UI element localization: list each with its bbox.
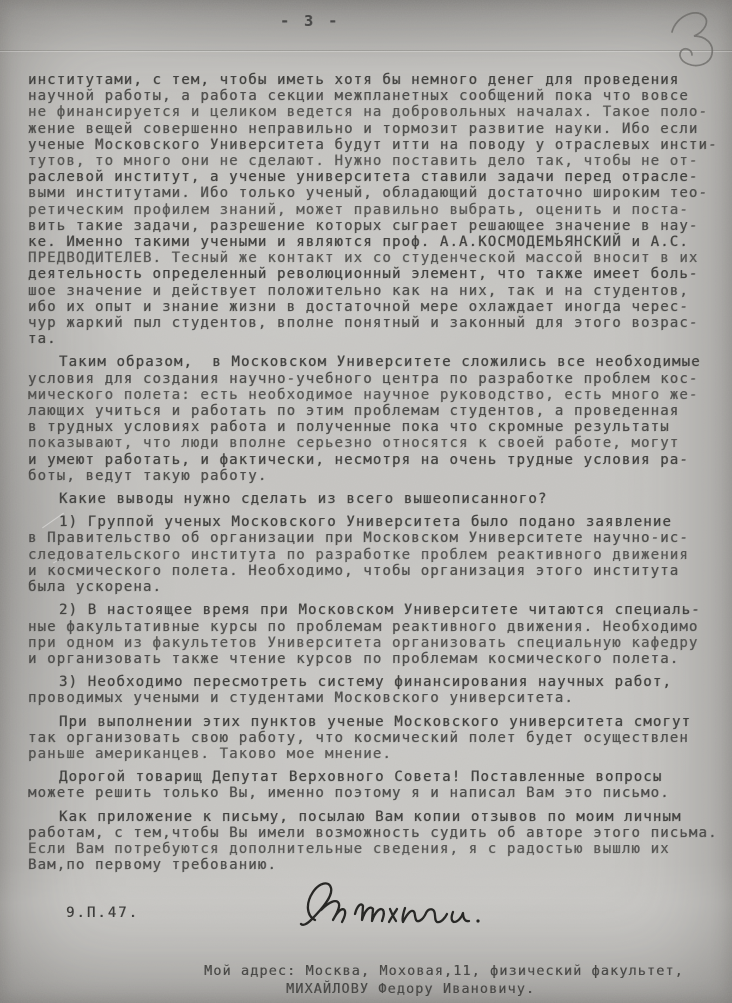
text-line: боты, ведут такую работу. [28, 468, 726, 484]
text-line: чур жаркий пыл студентов, вполне понятны… [28, 315, 726, 331]
text-line: Если Вам потребуются дополнительные свед… [28, 841, 726, 857]
text-line: научной работы, а работа секции межплане… [28, 88, 726, 104]
text-line: вить такие задачи, разрешение которых сы… [28, 218, 726, 234]
document-body: институтами, с тем, чтобы иметь хотя бы … [28, 72, 726, 880]
handwritten-page-mark [662, 6, 718, 78]
text-line: раньше американцев. Таково мое мнение. [28, 746, 726, 762]
text-line: раслевой институт, а ученые университета… [28, 169, 726, 185]
text-line: выми институтами. Ибо только ученый, обл… [28, 185, 726, 201]
text-line: ке. Именно такими учеными и являются про… [28, 234, 726, 250]
handwritten-signature [293, 876, 483, 934]
text-line: и умеют работать, и фактически, несмотря… [28, 452, 726, 468]
text-line: 1) Группой ученых Московского Университе… [28, 514, 726, 530]
text-line: ибо их опыт и знание жизни в достаточной… [28, 299, 726, 315]
text-line: шое значение и действует положительно ка… [28, 283, 726, 299]
paragraph: институтами, с тем, чтобы иметь хотя бы … [28, 72, 726, 347]
text-line: институтами, с тем, чтобы иметь хотя бы … [28, 72, 726, 88]
text-line: проводимых учеными и студентами Московск… [28, 690, 726, 706]
text-line: лающих учиться и работать по этим пробле… [28, 403, 726, 419]
text-line: была ускорена. [28, 579, 726, 595]
text-line: 2) В настоящее время при Московском Унив… [28, 602, 726, 618]
text-line: Какие выводы нужно сделать из всего выше… [28, 491, 726, 507]
scanned-letter-page: - 3 - институтами, с тем, чтобы иметь хо… [0, 0, 732, 1003]
fold-line-highlight [0, 51, 732, 52]
paragraph: 2) В настоящее время при Московском Унив… [28, 602, 726, 667]
page-number: - 3 - [280, 12, 340, 30]
paragraph: 3) Необходимо пересмотреть систему финан… [28, 674, 726, 706]
text-line: в трудных условиях работа и полученные п… [28, 419, 726, 435]
text-line: показывают, что люди вполне серьезно отн… [28, 435, 726, 451]
text-line: ретическим профилем знаний, может правил… [28, 202, 726, 218]
text-line: условия для создания научно-учебного цен… [28, 371, 726, 387]
text-line: Как приложение к письму, посылаю Вам коп… [28, 809, 726, 825]
text-line: Таким образом, в Московском Университете… [28, 354, 726, 370]
paragraph: Как приложение к письму, посылаю Вам коп… [28, 809, 726, 874]
paragraph: 1) Группой ученых Московского Университе… [28, 514, 726, 595]
text-line: при одном из факультетов Университета ор… [28, 635, 726, 651]
text-line: мического полета: есть необходимое научн… [28, 387, 726, 403]
text-line: следовательского института по разработке… [28, 547, 726, 563]
paragraph: Дорогой товарищ Депутат Верховного Совет… [28, 769, 726, 801]
text-line: так организовать свою работу, что космич… [28, 730, 726, 746]
text-line: жение вещей совершенно неправильно и тор… [28, 121, 726, 137]
paragraph: При выполнении этих пунктов ученые Моско… [28, 714, 726, 763]
text-line: Дорогой товарищ Депутат Верховного Совет… [28, 769, 726, 785]
text-line: работам, с тем,чтобы Вы имели возможност… [28, 825, 726, 841]
text-line: ные факультативные курсы по проблемам ре… [28, 619, 726, 635]
text-line: деятельность определенный революционный … [28, 266, 726, 282]
address-line: МИХАЙЛОВУ Федору Ивановичу. [204, 980, 684, 998]
paragraph: Таким образом, в Московском Университете… [28, 354, 726, 484]
address-line: Мой адрес: Москва, Моховая,11, физически… [204, 962, 684, 980]
text-line: ПРЕДВОДИТЕЛЕВ. Тесный же контакт их со с… [28, 250, 726, 266]
text-line: и космического полета. Необходимо, чтобы… [28, 563, 726, 579]
text-line: При выполнении этих пунктов ученые Моско… [28, 714, 726, 730]
text-line: можете решить только Вы, именно поэтому … [28, 785, 726, 801]
address-block: Мой адрес: Москва, Моховая,11, физически… [204, 962, 684, 998]
text-line: не финансируется и целиком ведется на до… [28, 104, 726, 120]
text-line: 3) Необходимо пересмотреть систему финан… [28, 674, 726, 690]
paragraph: Какие выводы нужно сделать из всего выше… [28, 491, 726, 507]
text-line: та. [28, 331, 726, 347]
date: 9.П.47. [66, 905, 139, 921]
text-line: ученые Московского Университета будут ит… [28, 137, 726, 153]
text-line: и организовать также чтение курсов по пр… [28, 651, 726, 667]
text-line: тутов, то много они не сделают. Нужно по… [28, 153, 726, 169]
text-line: Вам,по первому требованию. [28, 857, 726, 873]
text-line: в Правительство об организации при Моско… [28, 530, 726, 546]
